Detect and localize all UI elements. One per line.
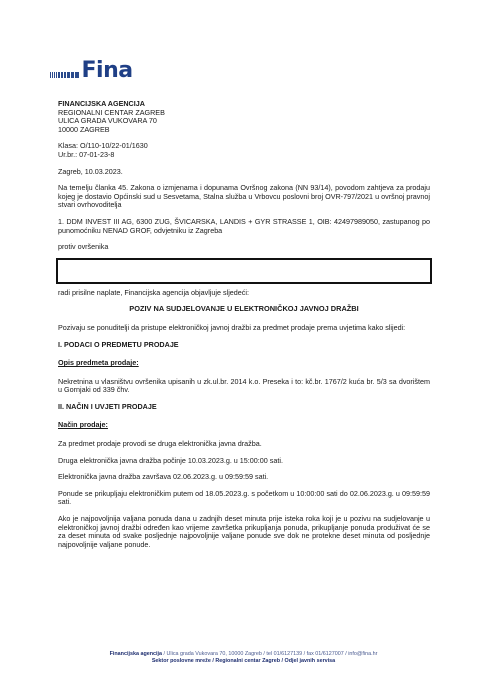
place-date: Zagreb, 10.03.2023.	[58, 168, 430, 177]
page-footer: Financijska agencija / Ulica grada Vukov…	[0, 651, 487, 665]
section1-subheading: Opis predmeta prodaje:	[58, 359, 430, 368]
against-label: protiv ovršenika	[58, 243, 430, 252]
section1-heading: I. PODACI O PREDMETU PRODAJE	[58, 341, 430, 350]
sender-city: 10000 ZAGREB	[58, 126, 430, 135]
section2-paragraph-4: Ponude se prikupljaju elektroničkim pute…	[58, 490, 430, 507]
sender-address: FINANCIJSKA AGENCIJA REGIONALNI CENTAR Z…	[58, 100, 430, 134]
sender-street: ULICA GRADA VUKOVARA 70	[58, 117, 430, 126]
collection-paragraph: radi prisilne naplate, Financijska agenc…	[58, 289, 430, 298]
main-heading: POZIV NA SUDJELOVANJE U ELEKTRONIČKOJ JA…	[58, 305, 430, 314]
footer-line-2: Sektor poslovne mreže / Regionalni centa…	[0, 658, 487, 665]
section1-text: Nekretnina u vlasništvu ovršenika upisan…	[58, 378, 430, 395]
intro-paragraph: Na temelju članka 45. Zakona o izmjenama…	[58, 184, 430, 210]
section2-paragraph-5: Ako je najpovoljnija valjana ponuda dana…	[58, 515, 430, 549]
section2-paragraph-1: Za predmet prodaje provodi se druga elek…	[58, 440, 430, 449]
reference-numbers: Klasa: O/110-10/22-01/1630 Ur.br.: 07-01…	[58, 142, 430, 159]
urbr: Ur.br.: 07-01-23-8	[58, 151, 430, 160]
document-page: Fina FINANCIJSKA AGENCIJA REGIONALNI CEN…	[0, 0, 487, 690]
footer-org: Financijska agencija	[110, 651, 162, 657]
invitation-paragraph: Pozivaju se ponuditelji da pristupe elek…	[58, 324, 430, 333]
section2-heading: II. NAČIN I UVJETI PRODAJE	[58, 403, 430, 412]
section2-paragraph-2: Druga elektronička javna dražba počinje …	[58, 457, 430, 466]
footer-line-1: Financijska agencija / Ulica grada Vukov…	[0, 651, 487, 658]
creditor-paragraph: 1. DDM INVEST III AG, 6300 ZUG, ŠVICARSK…	[58, 218, 430, 235]
section2-subheading: Način prodaje:	[58, 421, 430, 430]
fina-logo: Fina	[50, 58, 133, 82]
redacted-debtor-box	[56, 258, 432, 284]
logo-text: Fina	[82, 60, 133, 82]
footer-contact: / Ulica grada Vukovara 70, 10000 Zagreb …	[162, 651, 377, 657]
section2-paragraph-3: Elektronička javna dražba završava 02.06…	[58, 473, 430, 482]
letter-body: FINANCIJSKA AGENCIJA REGIONALNI CENTAR Z…	[58, 100, 430, 557]
logo-bars-icon	[50, 64, 80, 78]
